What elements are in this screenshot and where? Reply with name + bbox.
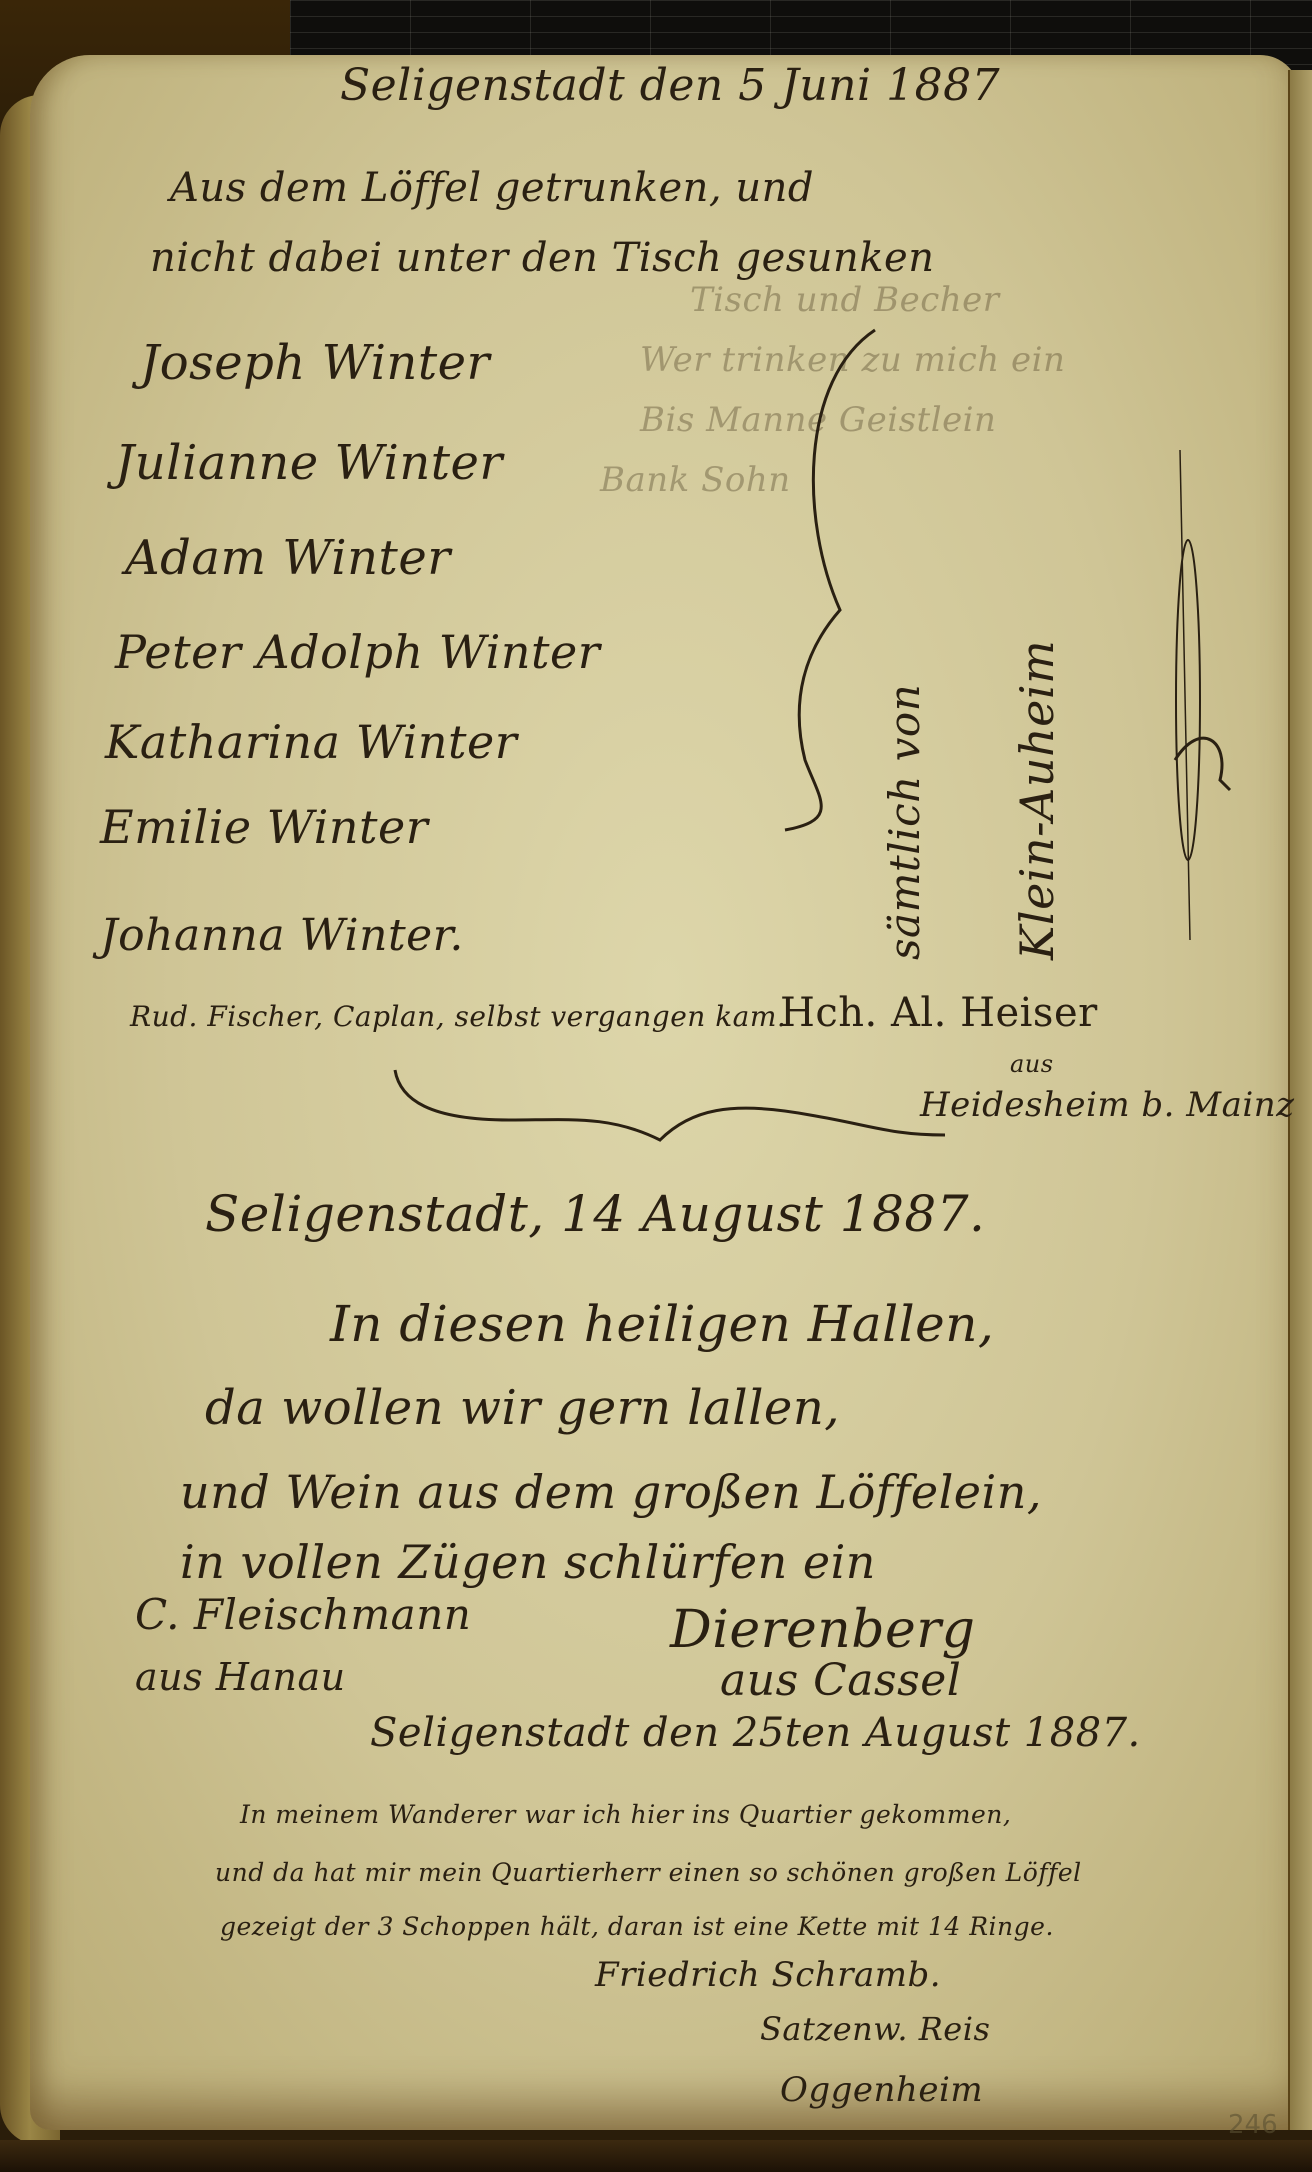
entry3-heading: Seligenstadt den 25ten August 1887. (370, 1710, 1141, 1756)
signature-schramb: Friedrich Schramb. (595, 1955, 941, 1995)
signer-name: Adam Winter (125, 530, 451, 586)
entry1-line1: Aus dem Löffel getrunken, und (170, 165, 814, 211)
signer-role: Satzenw. Reis (760, 2010, 990, 2048)
verse-line: und Wein aus dem großen Löffelein, (180, 1465, 1042, 1519)
signer-name: Peter Adolph Winter (115, 625, 600, 679)
entry1-line2: nicht dabei unter den Tisch gesunken (150, 235, 934, 281)
signature-place: Heidesheim b. Mainz (920, 1085, 1295, 1125)
caplan-line: Rud. Fischer, Caplan, selbst vergangen k… (130, 1000, 786, 1033)
signature-from: aus (1010, 1050, 1054, 1078)
signer-fleischmann: C. Fleischmann (135, 1590, 471, 1639)
signer-name: Johanna Winter. (100, 910, 464, 961)
bleed-through-text: Bank Sohn (600, 460, 791, 500)
entry3-text-line: In meinem Wanderer war ich hier ins Quar… (240, 1800, 1011, 1829)
verse-line: in vollen Zügen schlürfen ein (180, 1535, 876, 1589)
signer-dierenberg: Dierenberg (670, 1600, 975, 1660)
page-number: 246 (1228, 2110, 1278, 2140)
entry1-heading: Seligenstadt den 5 Juni 1887 (340, 60, 1000, 111)
signer-dierenberg-place: aus Cassel (720, 1655, 961, 1706)
bleed-through-text: Tisch und Becher (690, 280, 1000, 320)
signer-name: Emilie Winter (100, 800, 428, 854)
verse-line: In diesen heiligen Hallen, (330, 1295, 994, 1353)
signer-name: Katharina Winter (105, 715, 517, 769)
flourish-mark (1160, 440, 1240, 960)
verse-line: da wollen wir gern lallen, (205, 1380, 840, 1436)
signer-name: Julianne Winter (115, 435, 503, 491)
entry2-heading: Seligenstadt, 14 August 1887. (205, 1185, 985, 1243)
signer-fleischmann-place: aus Hanau (135, 1655, 346, 1699)
book-bottom-edge (0, 2140, 1312, 2172)
signer-name: Joseph Winter (140, 335, 490, 391)
entry3-text-line: und da hat mir mein Quartierherr einen s… (215, 1858, 1082, 1887)
horizontal-brace (390, 1060, 950, 1160)
vertical-note-sämtlich: sämtlich von (880, 684, 929, 960)
vertical-note-place: Klein-Auheim (1010, 640, 1064, 960)
signer-place: Oggenheim (780, 2070, 983, 2110)
entry3-text-line: gezeigt der 3 Schoppen hält, daran ist e… (220, 1912, 1054, 1941)
signature-heiser: Hch. Al. Heiser (780, 990, 1098, 1036)
